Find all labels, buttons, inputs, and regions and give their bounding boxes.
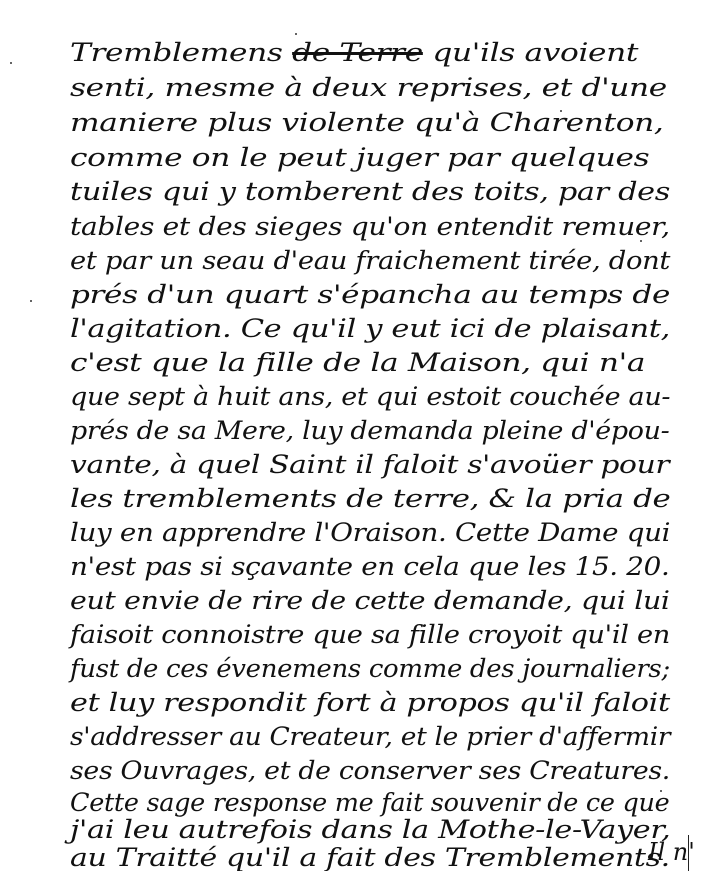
scan-speck	[30, 300, 32, 302]
manuscript-line-7: et par un seau d'eau fraichement tirée, …	[70, 246, 670, 276]
manuscript-line-9: l'agitation. Ce qu'il y eut ici de plais…	[70, 314, 670, 344]
manuscript-line-6: tables et des sieges qu'on entendit remu…	[70, 212, 670, 242]
manuscript-line-5: tuiles qui y tomberent des toits, par de…	[70, 177, 670, 207]
scan-speck	[660, 790, 662, 792]
manuscript-line-3: maniere plus violente qu'à Charenton,	[70, 108, 663, 138]
manuscript-line-23: Cette sage response me fait souvenir de …	[70, 788, 669, 818]
manuscript-line-13: vante, à quel Saint il faloit s'avoüer p…	[70, 450, 669, 480]
manuscript-line-16: n'est pas si sçavante en cela que les 15…	[70, 552, 669, 582]
manuscript-line-14: les tremblements de terre, & la pria de	[70, 484, 670, 514]
manuscript-line-12: prés de sa Mere, luy demanda pleine d'ép…	[70, 416, 669, 446]
manuscript-line-15: luy en apprendre l'Oraison. Cette Dame q…	[70, 518, 670, 548]
manuscript-line-8: prés d'un quart s'épancha au temps de	[70, 280, 670, 310]
manuscript-line-4: comme on le peut juger par quelques	[70, 143, 649, 173]
manuscript-line-10: c'est que la fille de la Maison, qui n'a	[70, 348, 645, 378]
manuscript-line-19: fust de ces évenemens comme des journali…	[70, 654, 670, 684]
scan-speck	[640, 240, 642, 242]
manuscript-line-17: eut envie de rire de cette demande, qui …	[70, 586, 670, 616]
scan-speck	[560, 110, 562, 112]
right-margin-line	[688, 835, 689, 871]
struck-out-text: de Terre	[292, 38, 423, 67]
scan-speck	[295, 33, 297, 35]
manuscript-line-25: au Traitté qu'il a fait des Tremblements…	[70, 843, 670, 871]
scan-speck	[10, 62, 12, 64]
manuscript-line-1: Tremblemens de Terre qu'ils avoient	[70, 38, 638, 68]
manuscript-line-22: ses Ouvrages, et de conserver ses Creatu…	[70, 756, 670, 786]
manuscript-page: Tremblemens de Terre qu'ils avoient sent…	[0, 0, 709, 871]
manuscript-line-20: et luy respondit fort à propos qu'il fal…	[70, 688, 670, 718]
line-1-end: qu'ils avoient	[423, 38, 638, 67]
manuscript-line-24: j'ai leu autrefois dans la Mothe-le-Vaye…	[70, 815, 670, 845]
manuscript-line-21: s'addresser au Createur, et le prier d'a…	[70, 722, 670, 752]
manuscript-line-11: que sept à huit ans, et qui estoit couch…	[70, 382, 670, 412]
manuscript-line-2: senti, mesme à deux reprises, et d'une	[70, 73, 667, 103]
manuscript-line-18: faisoit connoistre que sa fille croyoit …	[70, 620, 670, 650]
line-1-start: Tremblemens	[70, 38, 292, 67]
